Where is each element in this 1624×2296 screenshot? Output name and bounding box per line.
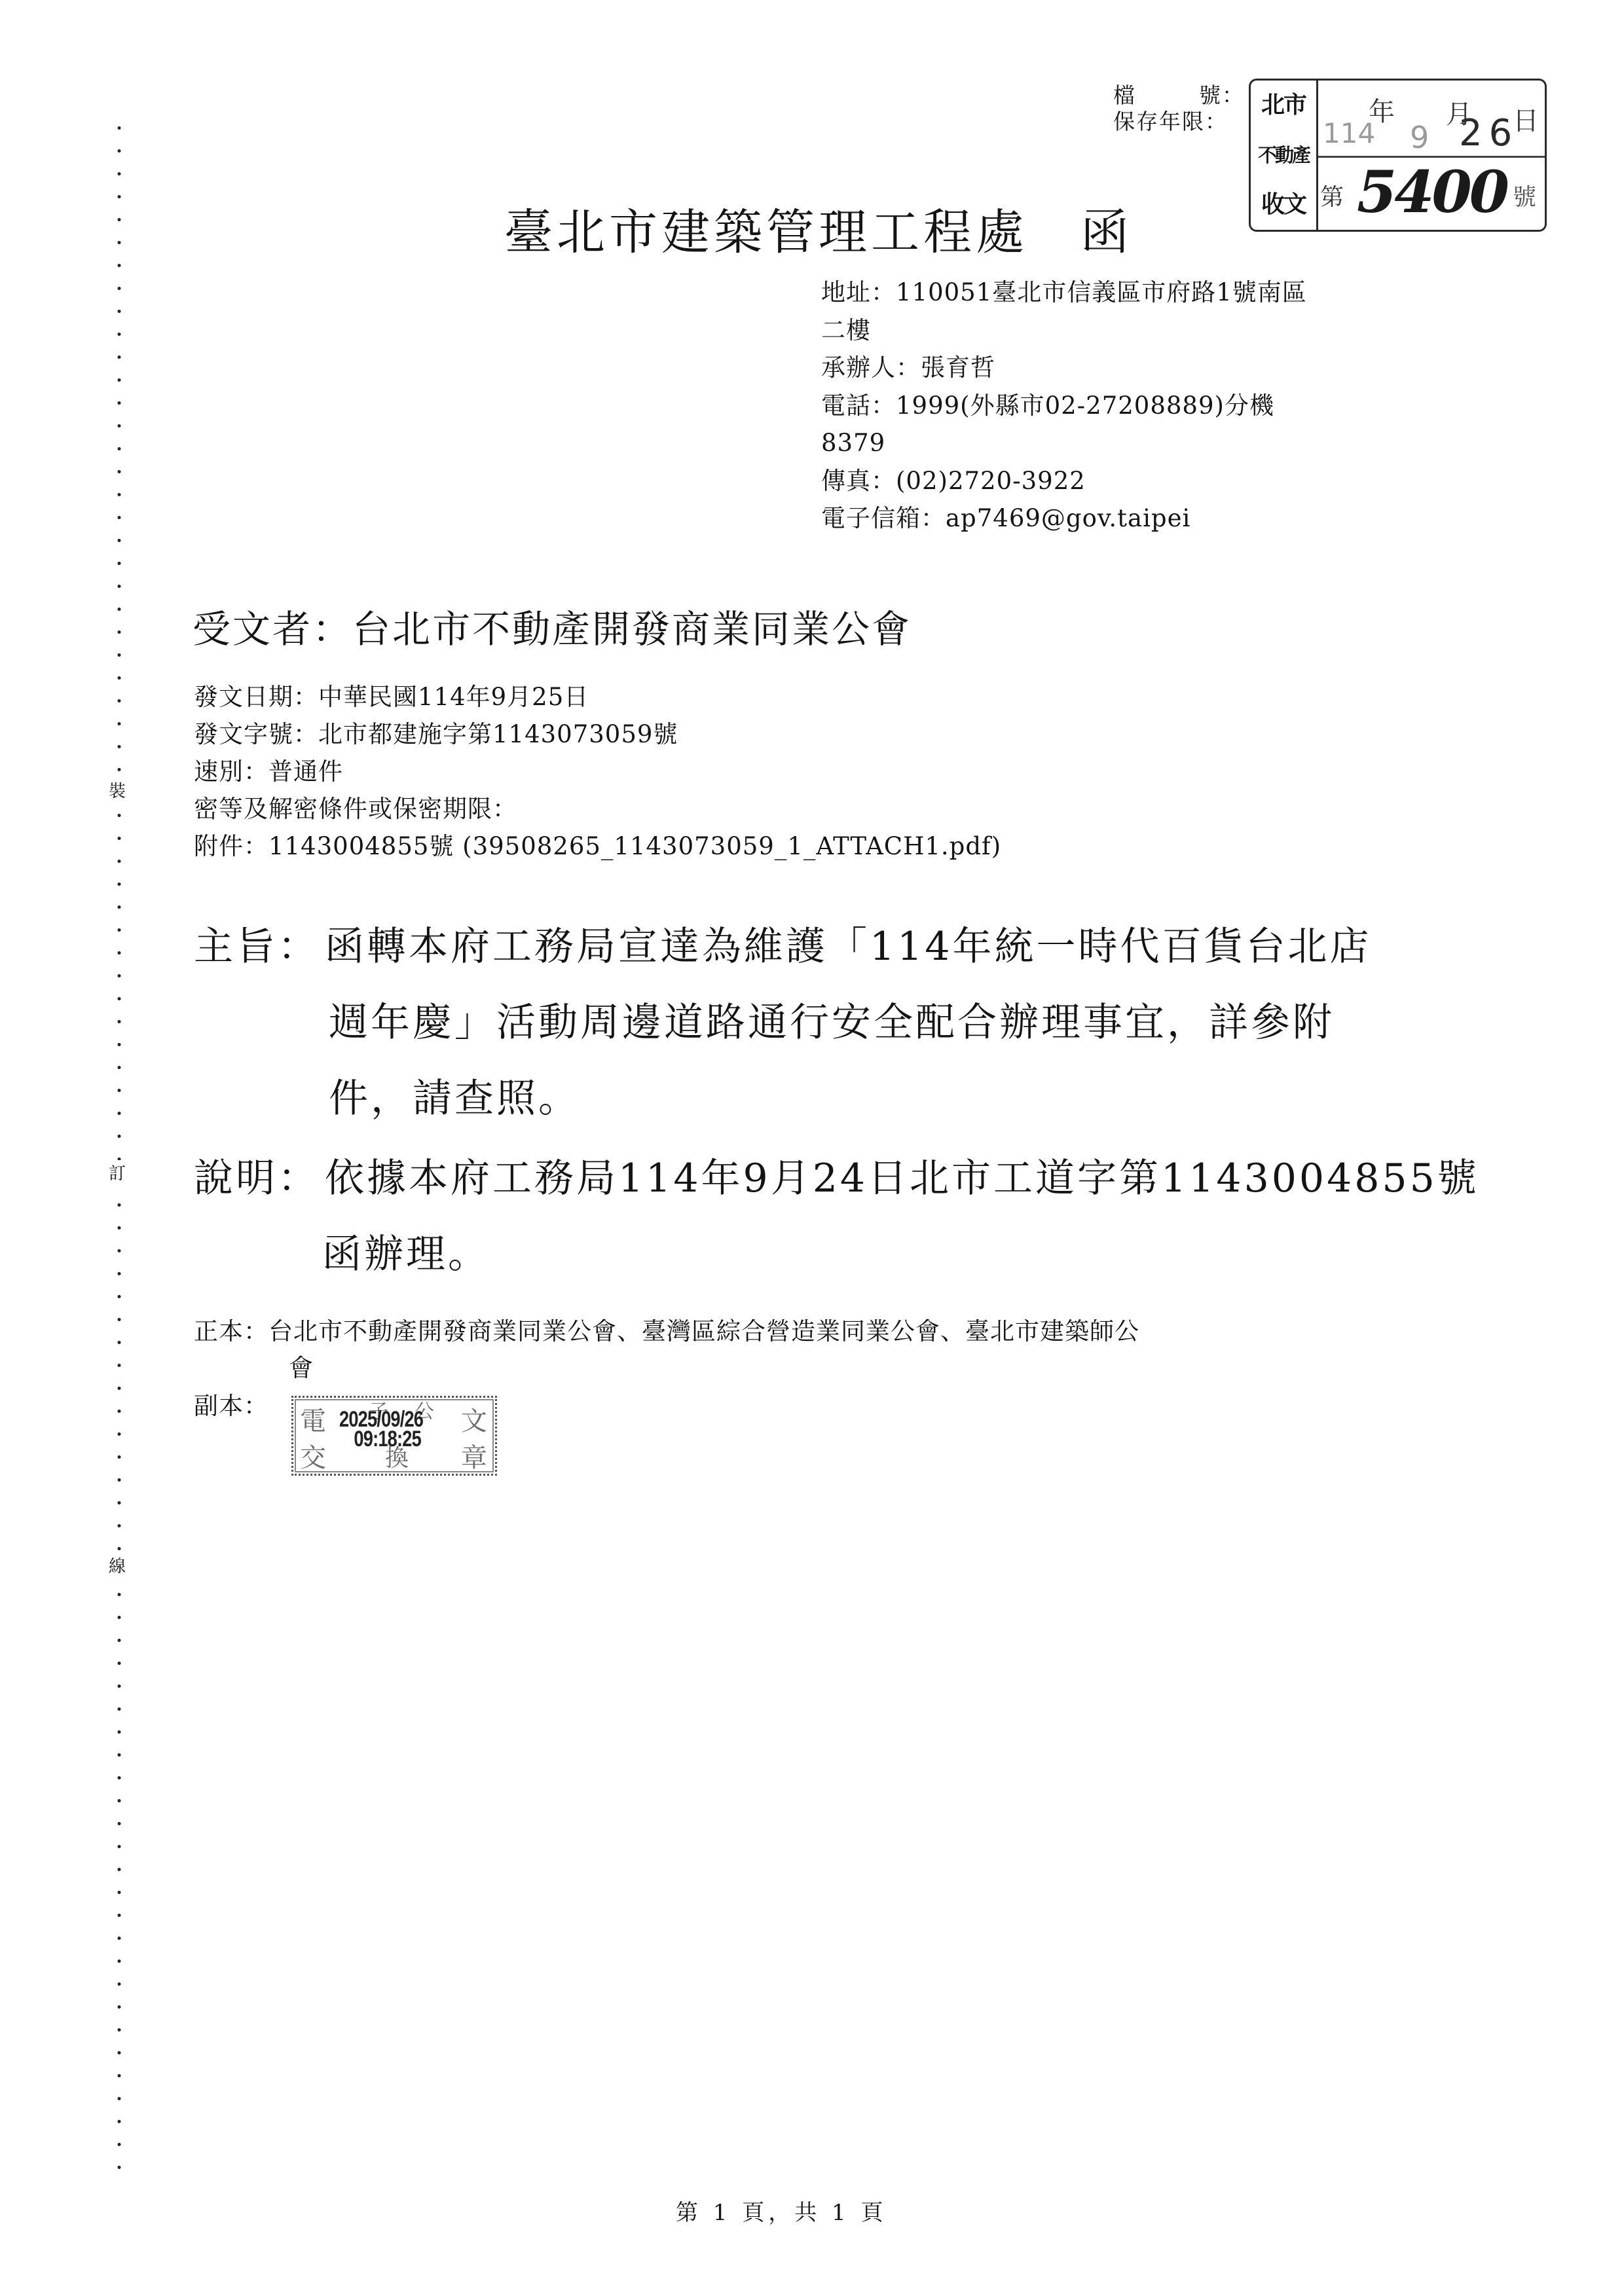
stamp-day-value: 26	[1459, 112, 1519, 155]
stamp-org-line1: 北市	[1261, 92, 1306, 118]
estamp-char-wen: 文	[461, 1400, 487, 1438]
file-number-label-b: 號：	[1199, 82, 1245, 108]
estamp-char-jiao: 交	[300, 1437, 326, 1474]
issue-date: 發文日期：中華民國114年9月25日	[194, 678, 1001, 716]
recipient: 受文者：台北市不動產開發商業同業公會	[193, 598, 912, 653]
phone-line2: 8379	[821, 424, 1307, 462]
email: 電子信箱：ap7469@gov.taipei	[821, 500, 1307, 538]
estamp-char-dian: 電	[300, 1400, 326, 1438]
confidentiality: 密等及解密條件或保密期限：	[194, 790, 1001, 828]
stamp-year-value: 114	[1323, 117, 1375, 149]
subject-section: 主旨：函轉本府工務局宣達為維護「114年統一時代百貨台北店 週年慶」活動周邊道路…	[194, 909, 1372, 1137]
phone-line1: 電話：1999(外縣市02-27208889)分機	[821, 387, 1307, 425]
subject-line1: 函轉本府工務局宣達為維護「114年統一時代百貨台北店	[325, 924, 1372, 970]
original-recipients-line2: 會	[194, 1350, 1139, 1387]
file-number-label: 檔號：	[1113, 82, 1245, 109]
explanation-label: 說明：	[194, 1140, 325, 1216]
explanation-line1: 依據本府工務局114年9月24日北市工道字第1143004855號	[325, 1156, 1479, 1201]
stamp-org-line3: 收文	[1261, 192, 1306, 218]
subject-line3: 件，請查照。	[194, 1061, 1372, 1137]
estamp-time: 09:18:25	[339, 1429, 423, 1449]
explanation-section: 說明：依據本府工務局114年9月24日北市工道字第1143004855號 函辦理…	[194, 1140, 1479, 1292]
document-title: 臺北市建築管理工程處 函	[504, 194, 1133, 263]
attachment: 附件：1143004855號 (39508265_1143073059_1_AT…	[194, 828, 1001, 865]
binding-mark-zhuang: 裝	[109, 778, 126, 805]
binding-mark-xian: 線	[109, 1553, 126, 1580]
fax: 傳真：(02)2720-3922	[821, 462, 1307, 500]
receipt-stamp: 北市 不動產 收文 年 月 日 114 9 26 第 5400 號	[1249, 79, 1547, 232]
stamp-receipt-number: 5400	[1357, 158, 1507, 226]
receipt-stamp-org: 北市 不動產 收文	[1251, 81, 1318, 230]
file-number-label-a: 檔	[1113, 82, 1136, 108]
subject-label: 主旨：	[194, 909, 325, 985]
document-number: 發文字號：北市都建施字第1143073059號	[194, 716, 1001, 753]
binding-dotted-line	[117, 117, 122, 2179]
retention-period-label: 保存年限：	[1113, 109, 1228, 135]
subject-line2: 週年慶」活動周邊道路通行安全配合辦理事宜，詳參附	[194, 985, 1372, 1061]
stamp-number-suffix: 號	[1513, 179, 1536, 212]
officer: 承辦人：張育哲	[821, 349, 1307, 387]
explanation-line2: 函辦理。	[194, 1216, 1479, 1292]
estamp-datetime: 2025/09/26 09:18:25	[339, 1410, 423, 1449]
electronic-exchange-stamp: 電 子 公 文 交 換 章 2025/09/26 09:18:25	[291, 1396, 497, 1476]
stamp-number-prefix: 第	[1320, 179, 1344, 212]
original-recipients-line1: 正本：台北市不動產開發商業同業公會、臺灣區綜合營造業同業公會、臺北市建築師公	[194, 1313, 1139, 1350]
stamp-month-value: 9	[1410, 120, 1429, 155]
stamp-org-line2: 不動產	[1258, 142, 1309, 168]
contact-block: 地址：110051臺北市信義區市府路1號南區 二樓 承辦人：張育哲 電話：199…	[821, 274, 1307, 538]
page-number-footer: 第 1 頁，共 1 頁	[676, 2195, 887, 2227]
estamp-char-zhang: 章	[461, 1437, 487, 1474]
address-line1: 地址：110051臺北市信義區市府路1號南區	[821, 274, 1307, 312]
address-line2: 二樓	[821, 312, 1307, 350]
binding-mark-ding: 訂	[109, 1160, 126, 1188]
document-info: 發文日期：中華民國114年9月25日 發文字號：北市都建施字第114307305…	[194, 678, 1001, 865]
urgency: 速別：普通件	[194, 753, 1001, 790]
